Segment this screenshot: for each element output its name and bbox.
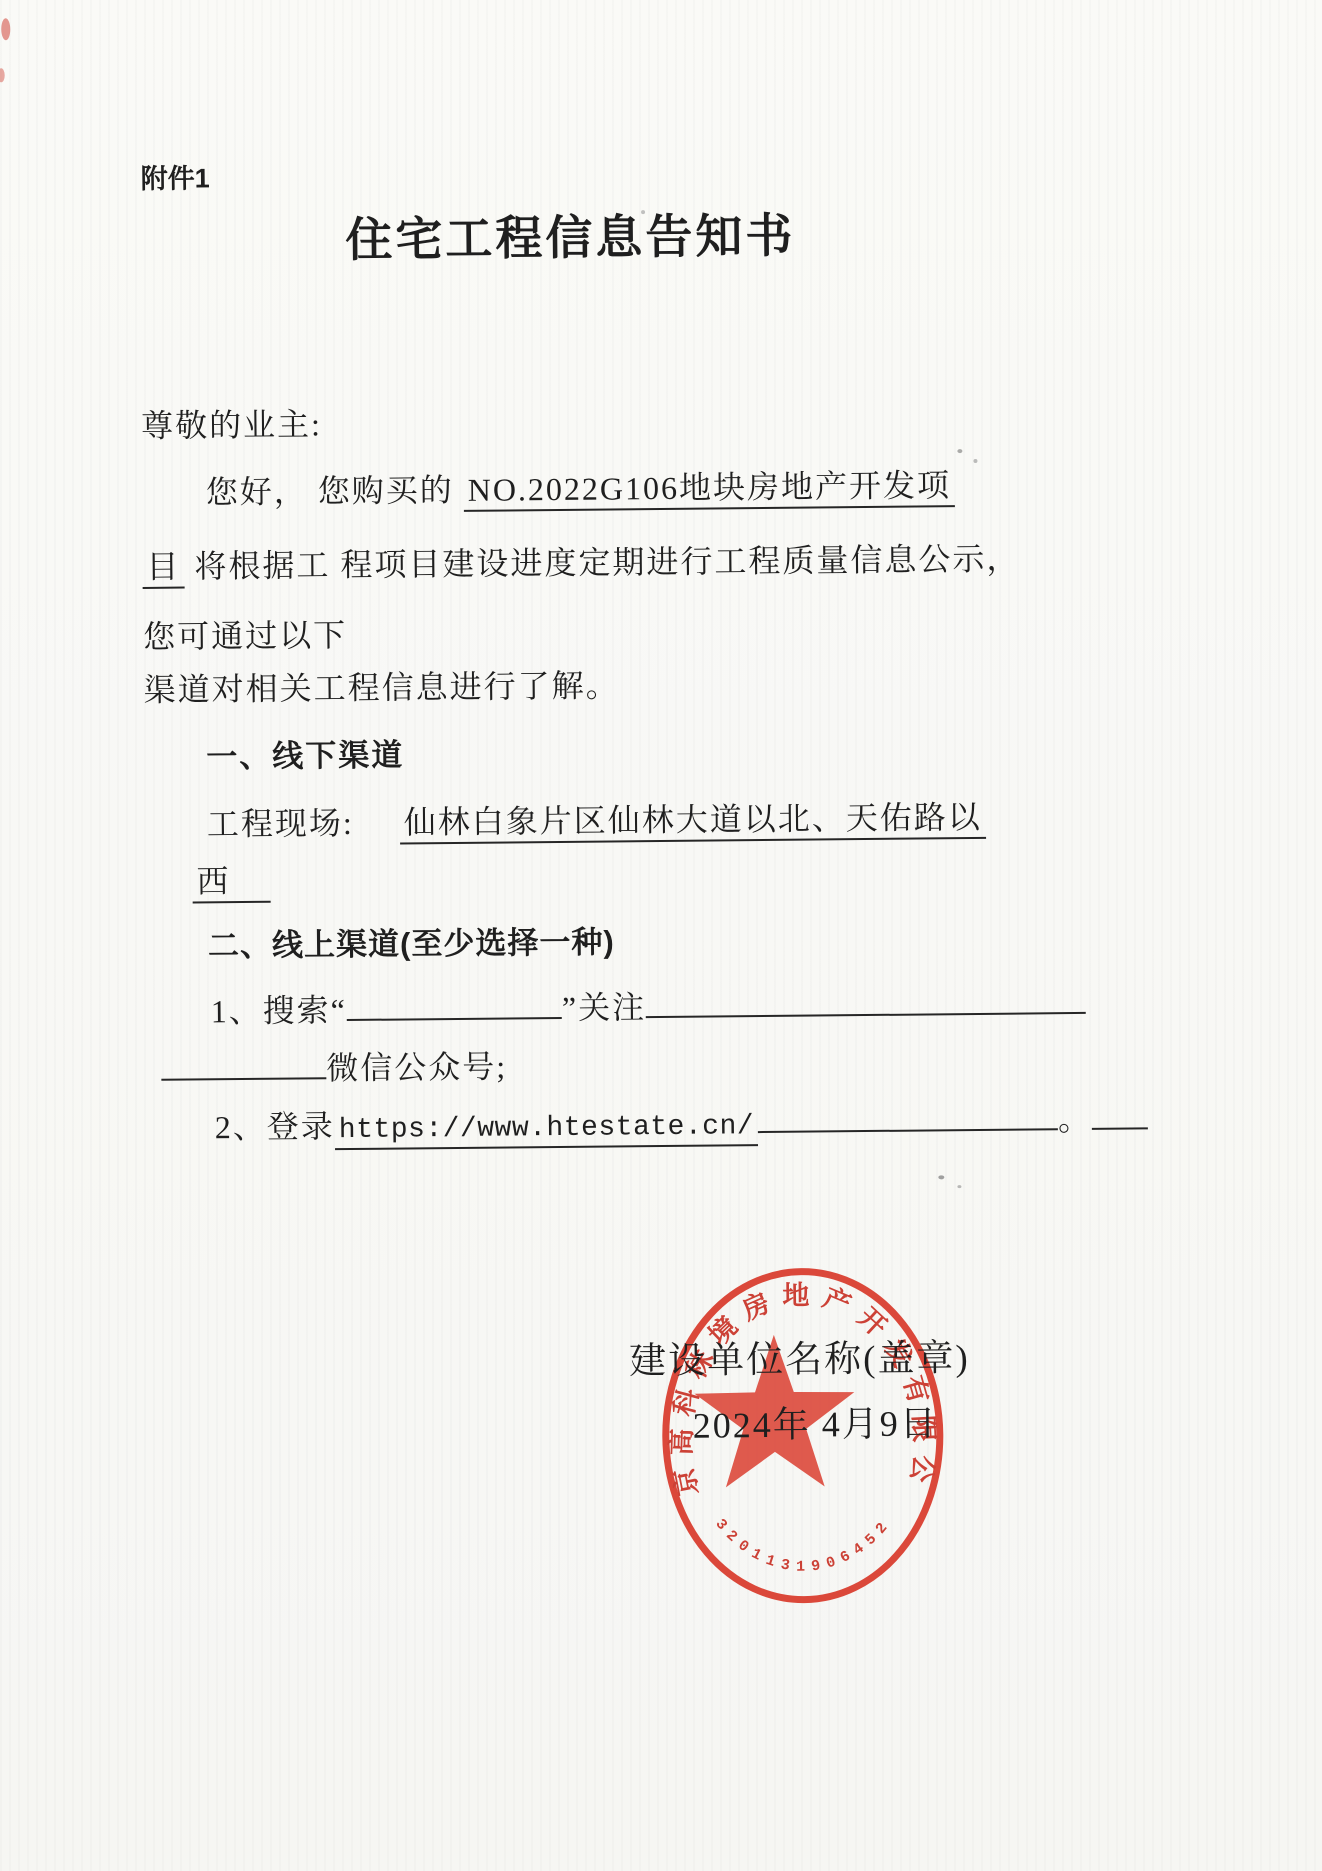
item2-url: https://www.htestate.cn/ xyxy=(335,1111,759,1150)
item1-blank-search xyxy=(347,983,562,1021)
paragraph-line2-filled-blank: 目 xyxy=(142,549,184,589)
paragraph-line-2: 目 将根据工 程项目建设进度定期进行工程质量信息公示， xyxy=(142,534,1020,588)
offline-channel-heading: 一、线下渠道 xyxy=(206,729,404,776)
scan-speck xyxy=(1,18,10,40)
site-line-2: 西 xyxy=(192,856,270,903)
scan-speck xyxy=(957,1185,961,1188)
paragraph-line-4: 渠道对相关工程信息进行了解。 xyxy=(143,660,619,711)
scan-speck xyxy=(641,210,645,214)
site-filled-blank-cont: 西 xyxy=(192,863,270,904)
salutation: 尊敬的业主: xyxy=(141,399,322,447)
site-line-1: 工程现场: 仙林白象片区仙林大道以北、天佑路以 xyxy=(207,792,986,845)
item2-blank-tail xyxy=(1092,1094,1148,1130)
paragraph-line-1: 您好， 您购买的 NO.2022G106地块房地产开发项 xyxy=(205,460,955,513)
scan-speck xyxy=(0,68,5,82)
scan-speck xyxy=(973,459,977,463)
signoff-date: 2024年 4月9日 xyxy=(692,1395,937,1448)
paragraph-line2-rest: 将根据工 程项目建设进度定期进行工程质量信息公示， xyxy=(194,541,1020,585)
document-content: 附件1 住宅工程信息告知书 尊敬的业主: 您好， 您购买的 NO.2022G10… xyxy=(0,0,1322,1871)
site-filled-blank: 仙林白象片区仙林大道以北、天佑路以 xyxy=(400,799,986,845)
site-label: 工程现场: xyxy=(207,805,354,842)
scan-speck xyxy=(957,449,962,453)
paragraph-line1-filled-blank: NO.2022G106地块房地产开发项 xyxy=(464,467,956,512)
scanned-page: 附件1 住宅工程信息告知书 尊敬的业主: 您好， 您购买的 NO.2022G10… xyxy=(0,0,1322,1871)
paragraph-line-3: 您可通过以下 xyxy=(143,610,347,658)
construction-unit-label: 建设单位名称(盖章) xyxy=(629,1327,970,1384)
svg-text:3201131906452: 3201131906452 xyxy=(711,1514,896,1576)
seal-serial-arc-text: 3201131906452 xyxy=(711,1514,896,1576)
item2-pre: 2、登录 xyxy=(215,1108,335,1145)
item1-blank-account xyxy=(161,1044,326,1081)
item1-pre: 1、搜索“ xyxy=(211,992,348,1029)
online-item-1-cont: 微信公众号; xyxy=(161,1041,507,1090)
page-title: 住宅工程信息告知书 xyxy=(345,199,796,270)
online-channel-heading: 二、线上渠道(至少选择一种) xyxy=(208,916,615,965)
item1-mid: ”关注 xyxy=(562,989,647,1026)
online-item-2: 2、登录https://www.htestate.cn/。 xyxy=(215,1093,1149,1148)
scan-speck xyxy=(938,1175,944,1179)
online-item-1: 1、搜索“”关注 xyxy=(210,978,1086,1032)
item1-cont-text: 微信公众号; xyxy=(326,1048,507,1086)
item2-blank xyxy=(758,1095,1058,1133)
item1-blank-follow xyxy=(646,978,1086,1018)
attachment-label: 附件1 xyxy=(141,156,210,196)
item2-period: 。 xyxy=(1058,1101,1092,1137)
paragraph-line1-pre: 您好， 您购买的 xyxy=(206,472,454,510)
